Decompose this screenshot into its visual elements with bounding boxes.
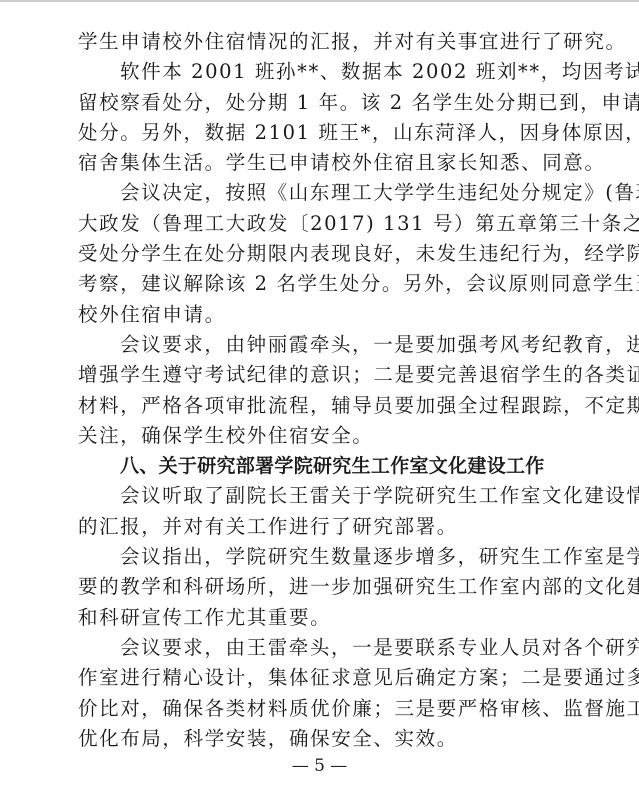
paragraph-line: 处分。另外，数据 2101 班王*，山东菏泽人，因身体原因，不适合	[78, 118, 566, 148]
paragraph-line: 软件本 2001 班孙**、数据本 2002 班刘**，均因考试违纪受	[78, 57, 566, 87]
paragraph-line: 作室进行精心设计，集体征求意见后确定方案；二是要通过多方询	[78, 663, 566, 693]
paragraph-line: 的汇报，并对有关工作进行了研究部署。	[78, 512, 566, 542]
paragraph-line: 价比对，确保各类材料质优价廉；三是要严格审核、监督施工质量，	[78, 694, 566, 724]
page-number: — 5 —	[0, 756, 639, 776]
paragraph-line: 材料，严格各项审批流程，辅导员要加强全过程跟踪，不定期走访	[78, 391, 566, 421]
paragraph-line: 会议要求，由钟丽霞牵头，一是要加强考风考纪教育，进一步	[78, 330, 566, 360]
document-page-body: 学生申请校外住宿情况的汇报，并对有关事宜进行了研究。 软件本 2001 班孙**…	[78, 27, 566, 754]
section-heading: 八、关于研究部署学院研究生工作室文化建设工作	[78, 451, 566, 481]
paragraph-line: 会议听取了副院长王雷关于学院研究生工作室文化建设情况	[78, 481, 566, 511]
page-top-border	[0, 0, 639, 2]
paragraph-line: 校外住宿申请。	[78, 300, 566, 330]
paragraph-line: 学生申请校外住宿情况的汇报，并对有关事宜进行了研究。	[78, 27, 566, 57]
paragraph-line: 关注，确保学生校外住宿安全。	[78, 421, 566, 451]
paragraph-line: 会议决定，按照《山东理工大学学生违纪处分规定》(鲁理工	[78, 178, 566, 208]
paragraph-line: 增强学生遵守考试纪律的意识；二是要完善退宿学生的各类证明	[78, 360, 566, 390]
paragraph-line: 受处分学生在处分期限内表现良好，未发生违纪行为，经学院综合	[78, 239, 566, 269]
paragraph-line: 和科研宣传工作尤其重要。	[78, 603, 566, 633]
paragraph-line: 会议指出，学院研究生数量逐步增多，研究生工作室是学院重	[78, 542, 566, 572]
paragraph-line: 宿舍集体生活。学生已申请校外住宿且家长知悉、同意。	[78, 148, 566, 178]
paragraph-line: 考察，建议解除该 2 名学生处分。另外，会议原则同意学生王*的	[78, 269, 566, 299]
paragraph-line: 会议要求，由王雷牵头，一是要联系专业人员对各个研究生工	[78, 633, 566, 663]
paragraph-line: 要的教学和科研场所，进一步加强研究生工作室内部的文化建设	[78, 572, 566, 602]
paragraph-line: 大政发（鲁理工大政发〔2017) 131 号）第五章第三十条之规定，	[78, 209, 566, 239]
paragraph-line: 优化布局，科学安装，确保安全、实效。	[78, 724, 566, 754]
paragraph-line: 留校察看处分，处分期 1 年。该 2 名学生处分期已到，申请撤销	[78, 88, 566, 118]
